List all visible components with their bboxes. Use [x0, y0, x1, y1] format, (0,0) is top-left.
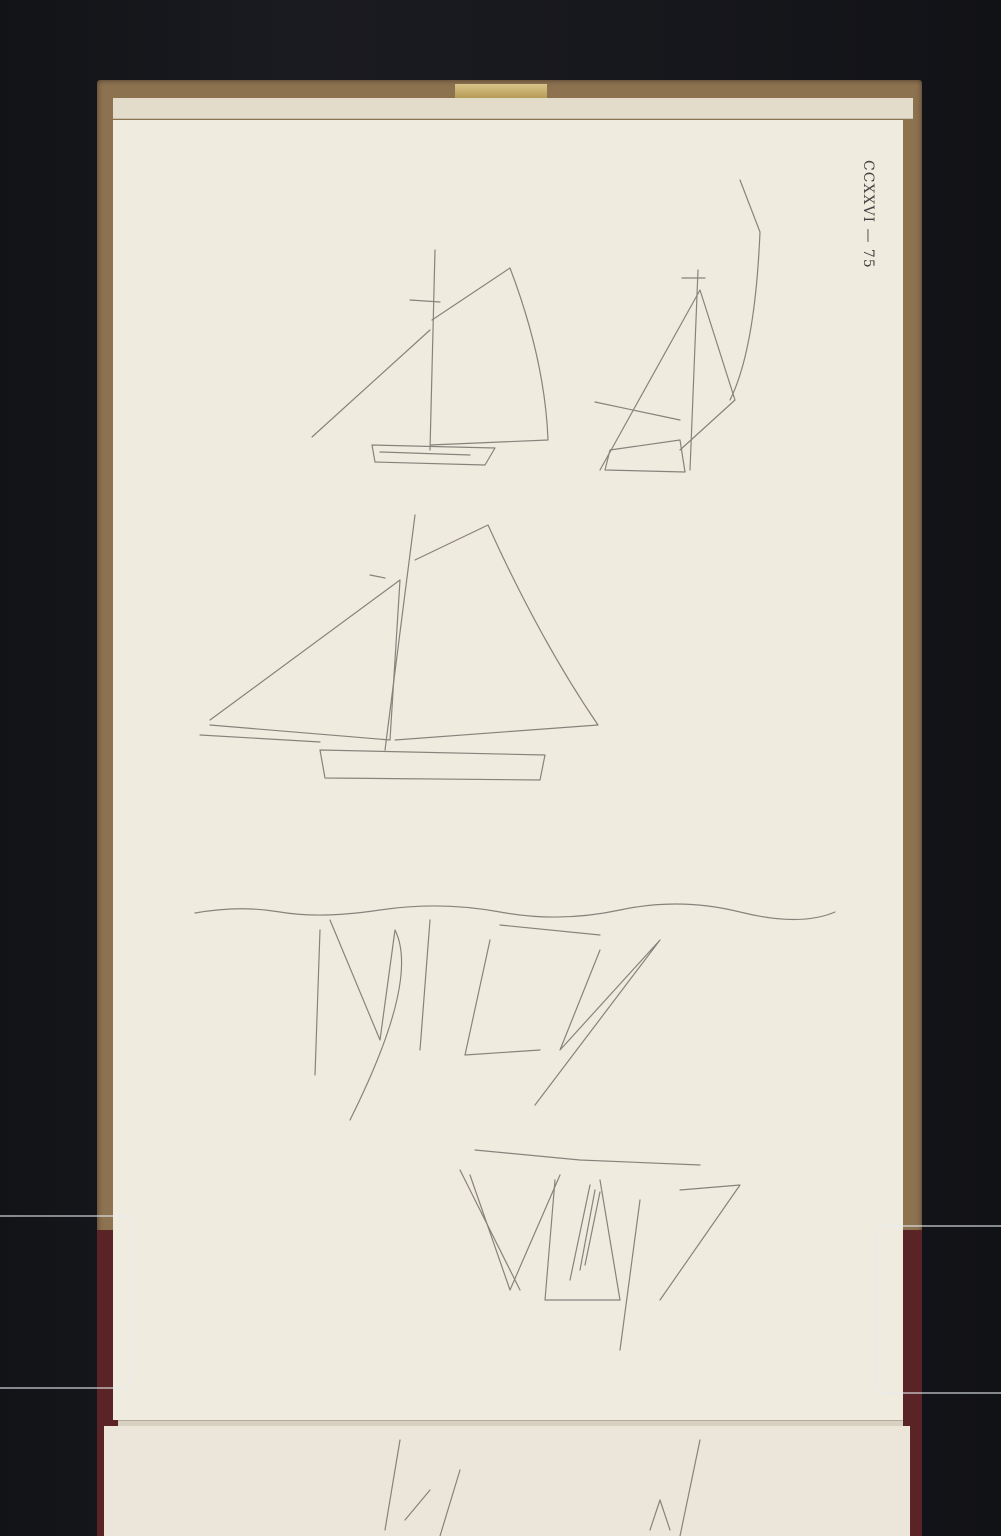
sailboat-top-right — [595, 180, 760, 472]
sails-group-bottom — [460, 1150, 740, 1350]
facing-page-sketch — [385, 1440, 700, 1536]
pencil-sketches — [0, 0, 1001, 1536]
large-sailboat-middle — [200, 515, 598, 780]
boats-on-horizon — [195, 904, 835, 1120]
cutter-sailboat-top-left — [312, 250, 548, 465]
